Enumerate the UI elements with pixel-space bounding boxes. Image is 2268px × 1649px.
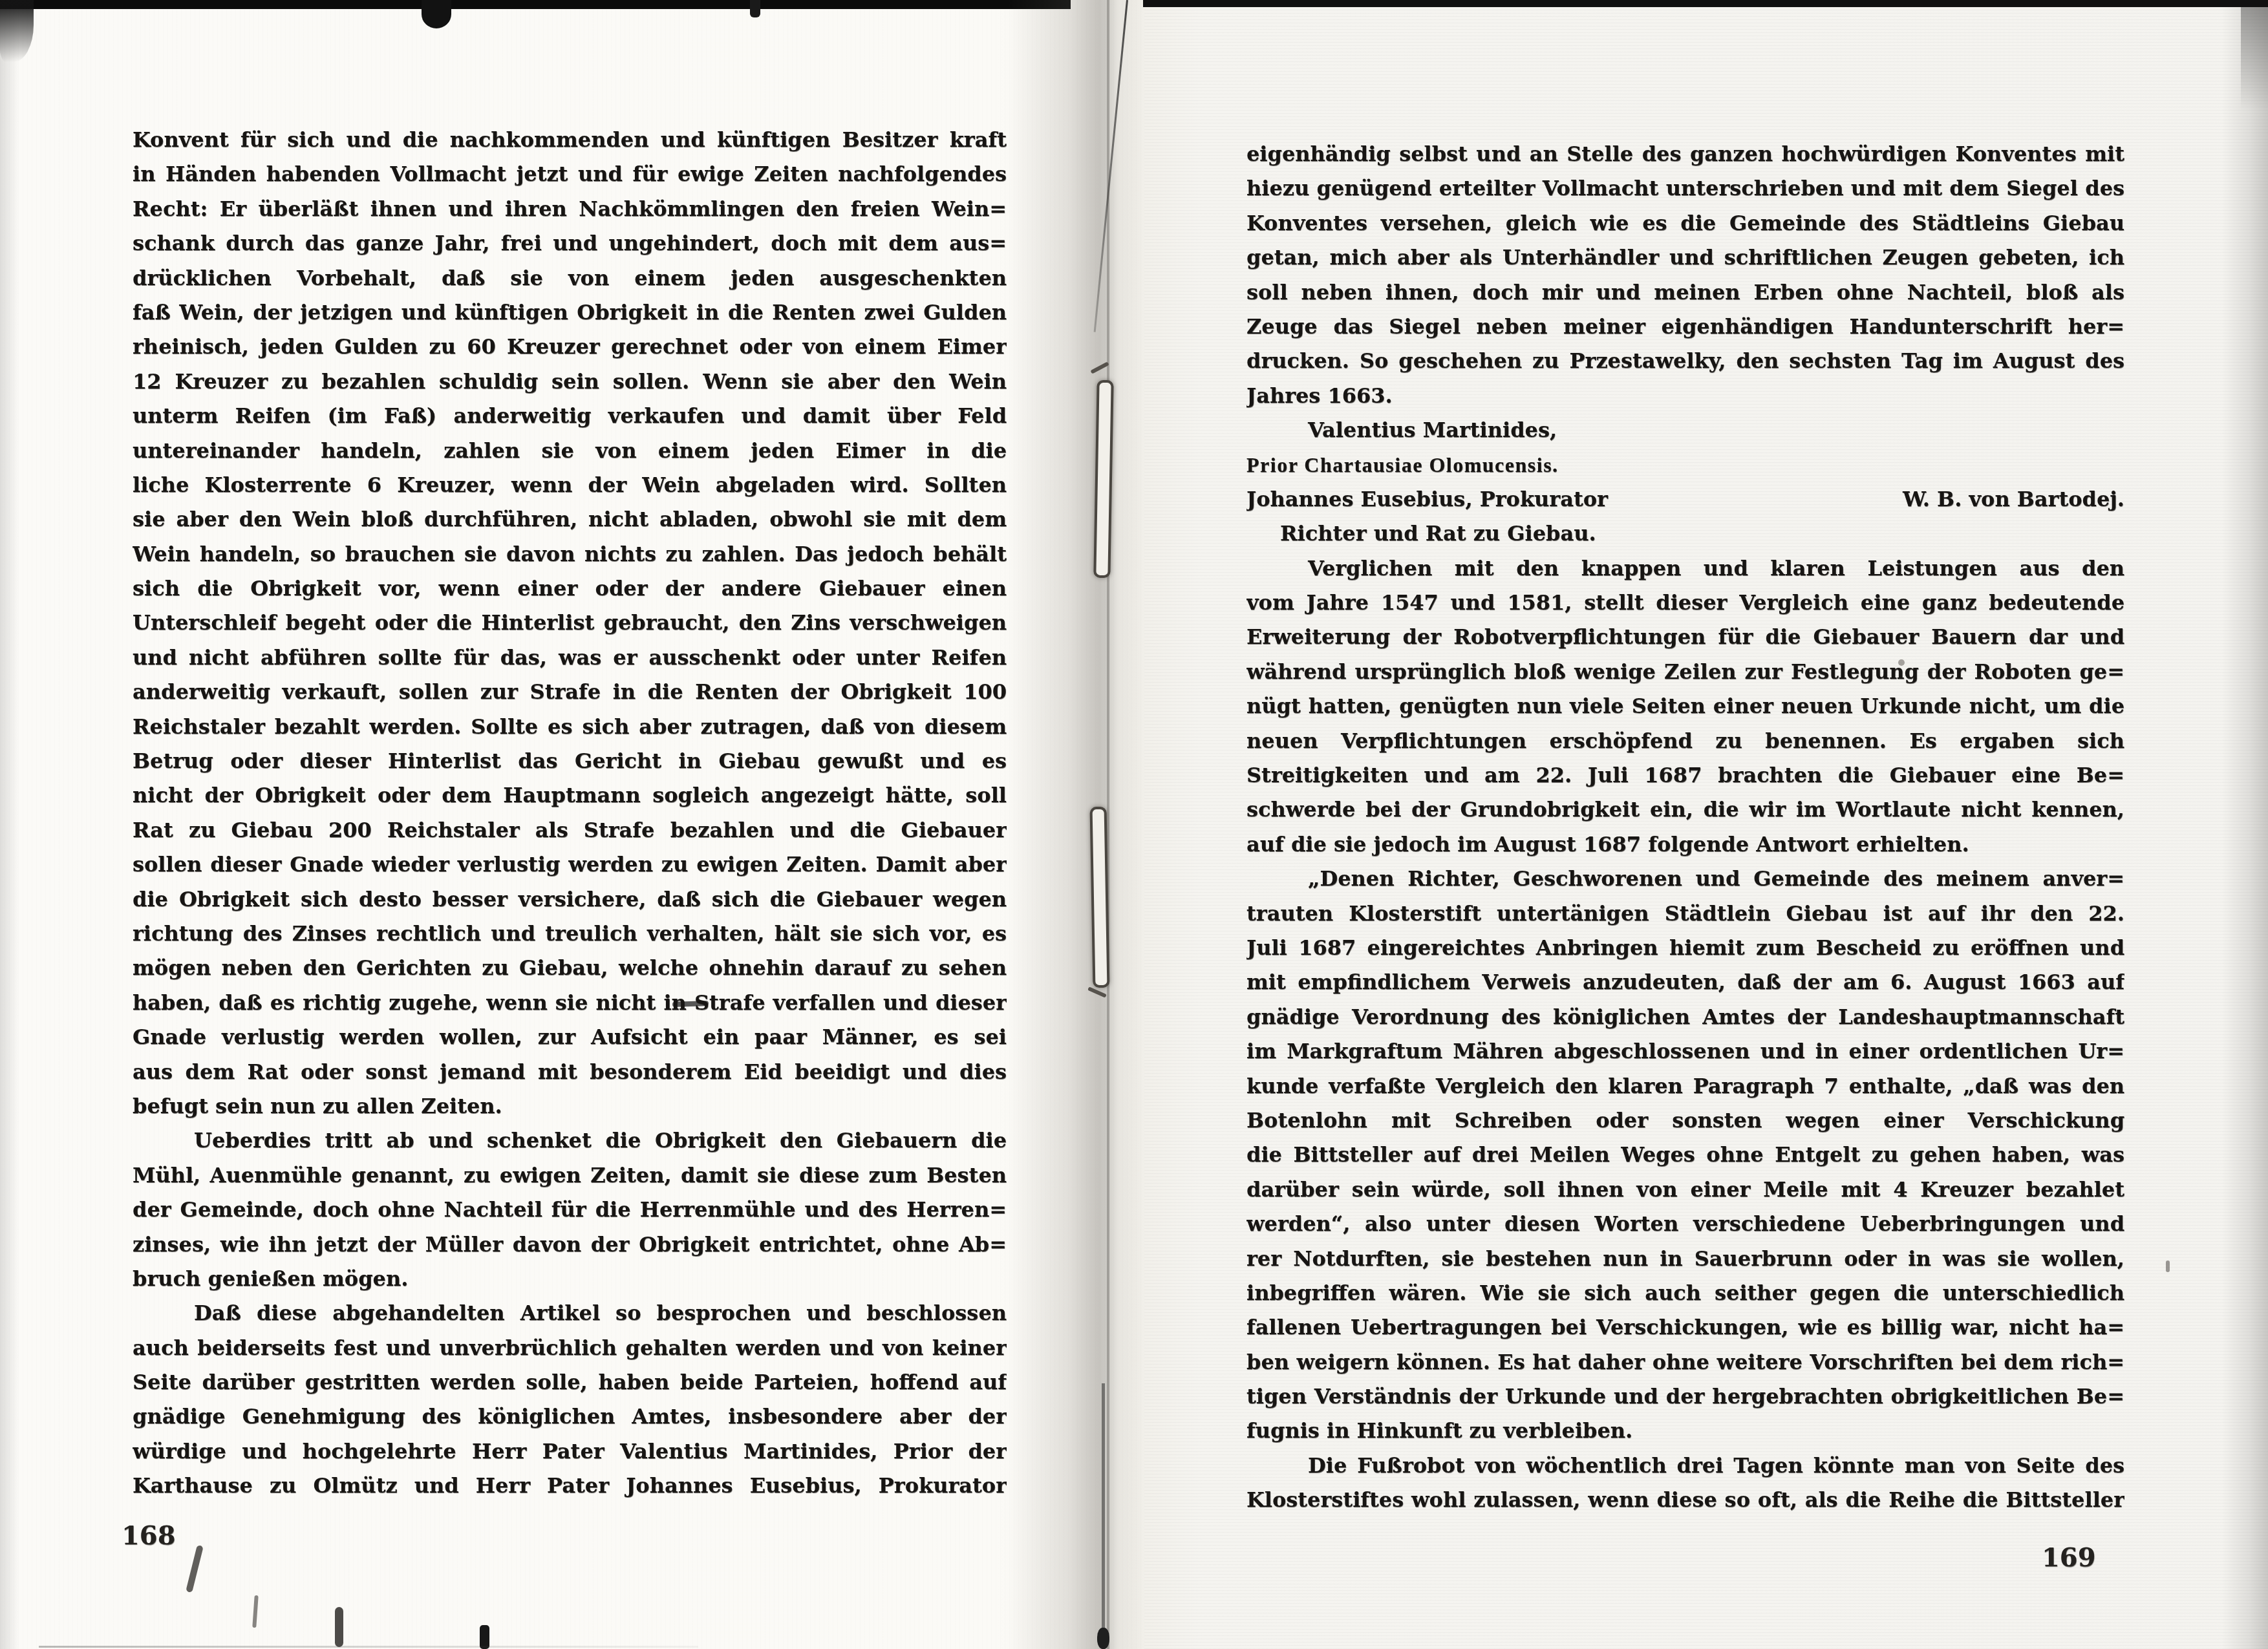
text-line: Johannes Eusebius, ProkuratorW. B. von B… <box>1246 482 2124 516</box>
gutter-shadow <box>1009 0 1146 1649</box>
text-line: Reichstaler bezahlt werden. Sollte es si… <box>133 710 1007 744</box>
text-line: der Gemeinde, doch ohne Nachteil für die… <box>133 1193 1007 1227</box>
gutter-fold-line <box>1107 0 1109 1649</box>
text-line: Klosterstiftes wohl zulassen, wenn diese… <box>1246 1483 2124 1517</box>
text-line: Betrug oder dieser Hinterlist das Gerich… <box>133 744 1007 778</box>
text-line: Die Fußrobot von wöchentlich drei Tagen … <box>1246 1449 2124 1483</box>
text-line: Valentius Martinides, <box>1246 413 2124 447</box>
scan-edge-right-shadow <box>2221 0 2268 1649</box>
text-line: nügt hatten, genügten nun viele Seiten e… <box>1246 689 2124 723</box>
text-line: Erweiterung der Robotverpflichtungen für… <box>1246 620 2124 654</box>
text-line: mögen neben den Gerichten zu Giebau, wel… <box>133 951 1007 985</box>
text-line: sie aber den Wein bloß durchführen, nich… <box>133 502 1007 537</box>
gutter-ink-blob <box>1097 1628 1109 1649</box>
text-line: nicht der Obrigkeit oder dem Hauptmann s… <box>133 778 1007 813</box>
page-number-right: 169 <box>2042 1542 2096 1573</box>
text-line: auch beiderseits fest und unverbrüchlich… <box>133 1331 1007 1365</box>
scanner-edge-top-right <box>1143 0 2268 7</box>
text-line: Botenlohn mit Schreiben oder sonsten weg… <box>1246 1103 2124 1138</box>
page-number-left: 168 <box>122 1520 176 1551</box>
text-line: Zeuge das Siegel neben meiner eigenhändi… <box>1246 310 2124 344</box>
text-line: die Obrigkeit sich desto besser versiche… <box>133 882 1007 917</box>
text-line: Rat zu Giebau 200 Reichstaler als Strafe… <box>133 813 1007 847</box>
text-line: gnädige Genehmigung des königlichen Amte… <box>133 1399 1007 1434</box>
text-line: drucken. So geschehen zu Przestawelky, d… <box>1246 344 2124 378</box>
left-page-text-block: Konvent für sich und die nachkommenden u… <box>133 123 1007 1504</box>
text-line: befugt sein nun zu allen Zeiten. <box>133 1089 1007 1123</box>
text-line: rheinisch, jeden Gulden zu 60 Kreuzer ge… <box>133 330 1007 364</box>
text-line: zinses, wie ihn jetzt der Müller davon d… <box>133 1228 1007 1262</box>
text-line: schwerde bei der Grundobrigkeit ein, die… <box>1246 793 2124 827</box>
text-line: getan, mich aber als Unterhändler und sc… <box>1246 240 2124 275</box>
text-line: anderweitig verkauft, sollen zur Strafe … <box>133 675 1007 709</box>
text-line: „Denen Richter, Geschworenen und Gemeind… <box>1246 862 2124 896</box>
text-line: und nicht abführen sollte für das, was e… <box>133 641 1007 675</box>
signature-name: Johannes Eusebius, Prokurator <box>1246 482 1608 516</box>
text-line: fallenen Uebertragungen bei Verschickung… <box>1246 1310 2124 1345</box>
scan-edge-left-shadow <box>0 0 19 1649</box>
text-line: gnädige Verordnung des königlichen Amtes… <box>1246 1000 2124 1034</box>
text-line: darüber sein würde, soll ihnen von einer… <box>1246 1173 2124 1207</box>
text-line: fugnis in Hinkunft zu verbleiben. <box>1246 1414 2124 1448</box>
scanner-edge-top-left <box>0 0 1071 9</box>
text-line: trauten Klosterstift untertänigen Städtl… <box>1246 897 2124 931</box>
text-line: 12 Kreuzer zu bezahlen schuldig sein sol… <box>133 365 1007 399</box>
text-line: im Markgraftum Mähren abgeschlossenen un… <box>1246 1034 2124 1069</box>
binding-stitch-top <box>1093 380 1113 578</box>
text-line: aus dem Rat oder sonst jemand mit besond… <box>133 1055 1007 1089</box>
text-line: untereinander handeln, zahlen sie von ei… <box>133 434 1007 468</box>
text-line: würdige und hochgelehrte Herr Pater Vale… <box>133 1434 1007 1469</box>
text-line: bruch genießen mögen. <box>133 1262 1007 1296</box>
scanner-edge-blob <box>750 0 760 17</box>
text-line: Seite darüber gestritten werden solle, h… <box>133 1365 1007 1399</box>
text-line: ben weigern können. Es hat daher ohne we… <box>1246 1345 2124 1379</box>
text-line: Daß diese abgehandelten Artikel so bespr… <box>133 1296 1007 1330</box>
book-scan: Konvent für sich und die nachkommenden u… <box>0 0 2268 1649</box>
text-line: richtung des Zinses rechtlich und treuli… <box>133 917 1007 951</box>
text-line: eigenhändig selbst und an Stelle des gan… <box>1246 137 2124 171</box>
text-line: unterm Reifen (im Faß) anderweitig verka… <box>133 399 1007 433</box>
scan-bottom-hairline <box>39 1646 698 1648</box>
text-line: Konvent für sich und die nachkommenden u… <box>133 123 1007 157</box>
text-line: werden“, also unter diesen Worten versch… <box>1246 1207 2124 1241</box>
scanner-edge-blob <box>422 0 451 28</box>
text-line: haben, daß es richtig zugehe, wenn sie n… <box>133 986 1007 1020</box>
text-line: Karthause zu Olmütz und Herr Pater Johan… <box>133 1469 1007 1503</box>
text-line: Konventes versehen, gleich wie es die Ge… <box>1246 206 2124 240</box>
text-line: Unterschleif begeht oder die Hinterlist … <box>133 606 1007 640</box>
gutter-fold-dark-segment <box>1102 1383 1105 1649</box>
text-line: drücklichen Vorbehalt, daß sie von einem… <box>133 261 1007 295</box>
text-line: inbegriffen wären. Wie sie sich auch sei… <box>1246 1276 2124 1310</box>
text-line: Streitigkeiten und am 22. Juli 1687 brac… <box>1246 758 2124 793</box>
text-line: Ueberdies tritt ab und schenket die Obri… <box>133 1123 1007 1158</box>
text-line: sich die Obrigkeit vor, wenn einer oder … <box>133 571 1007 606</box>
text-line: neuen Verpflichtungen erschöpfend zu ben… <box>1246 724 2124 758</box>
scan-corner-smudge <box>2241 0 2268 110</box>
text-line: rer Notdurften, sie bestehen nun in Saue… <box>1246 1242 2124 1276</box>
text-line: Jahres 1663. <box>1246 379 2124 413</box>
text-line: Richter und Rat zu Giebau. <box>1246 516 2124 551</box>
text-line: soll neben ihnen, doch mir und meinen Er… <box>1246 275 2124 310</box>
text-line: tigen Verständnis der Urkunde und der he… <box>1246 1379 2124 1414</box>
text-line: kunde verfaßte Vergleich den klaren Para… <box>1246 1069 2124 1103</box>
text-line: in Händen habenden Vollmacht jetzt und f… <box>133 157 1007 191</box>
ink-smudge <box>335 1607 343 1647</box>
text-line: Verglichen mit den knappen und klaren Le… <box>1246 551 2124 586</box>
text-line: vom Jahre 1547 und 1581, stellt dieser V… <box>1246 586 2124 620</box>
text-line: Recht: Er überläßt ihnen und ihren Nachk… <box>133 192 1007 226</box>
signature-name: W. B. von Bartodej. <box>1903 482 2124 516</box>
text-line: faß Wein, der jetzigen und künftigen Obr… <box>133 295 1007 330</box>
text-line: Gnade verlustig werden wollen, zur Aufsi… <box>133 1020 1007 1054</box>
right-page-text-block: eigenhändig selbst und an Stelle des gan… <box>1246 137 2124 1518</box>
paper-speck <box>2166 1261 2170 1272</box>
text-line: Wein handeln, so brauchen sie davon nich… <box>133 537 1007 571</box>
binding-stitch-bottom <box>1090 807 1110 988</box>
text-line: mit empfindlichem Verweis anzudeuten, da… <box>1246 965 2124 999</box>
text-line: schank durch das ganze Jahr, frei und un… <box>133 226 1007 261</box>
text-line: Prior Chartausiae Olomucensis. <box>1246 448 2124 482</box>
text-line: Juli 1687 eingereichtes Anbringen hiemit… <box>1246 931 2124 965</box>
text-line: die Bittsteller auf drei Meilen Weges oh… <box>1246 1138 2124 1172</box>
text-line: während ursprünglich bloß wenige Zeilen … <box>1246 655 2124 689</box>
text-line: sollen dieser Gnade wieder verlustig wer… <box>133 847 1007 882</box>
text-line: hiezu genügend erteilter Vollmacht unter… <box>1246 171 2124 206</box>
text-line: auf die sie jedoch im August 1687 folgen… <box>1246 827 2124 862</box>
text-line: Mühl, Auenmühle genannt, zu ewigen Zeite… <box>133 1158 1007 1193</box>
text-line: liche Klosterrente 6 Kreuzer, wenn der W… <box>133 468 1007 502</box>
